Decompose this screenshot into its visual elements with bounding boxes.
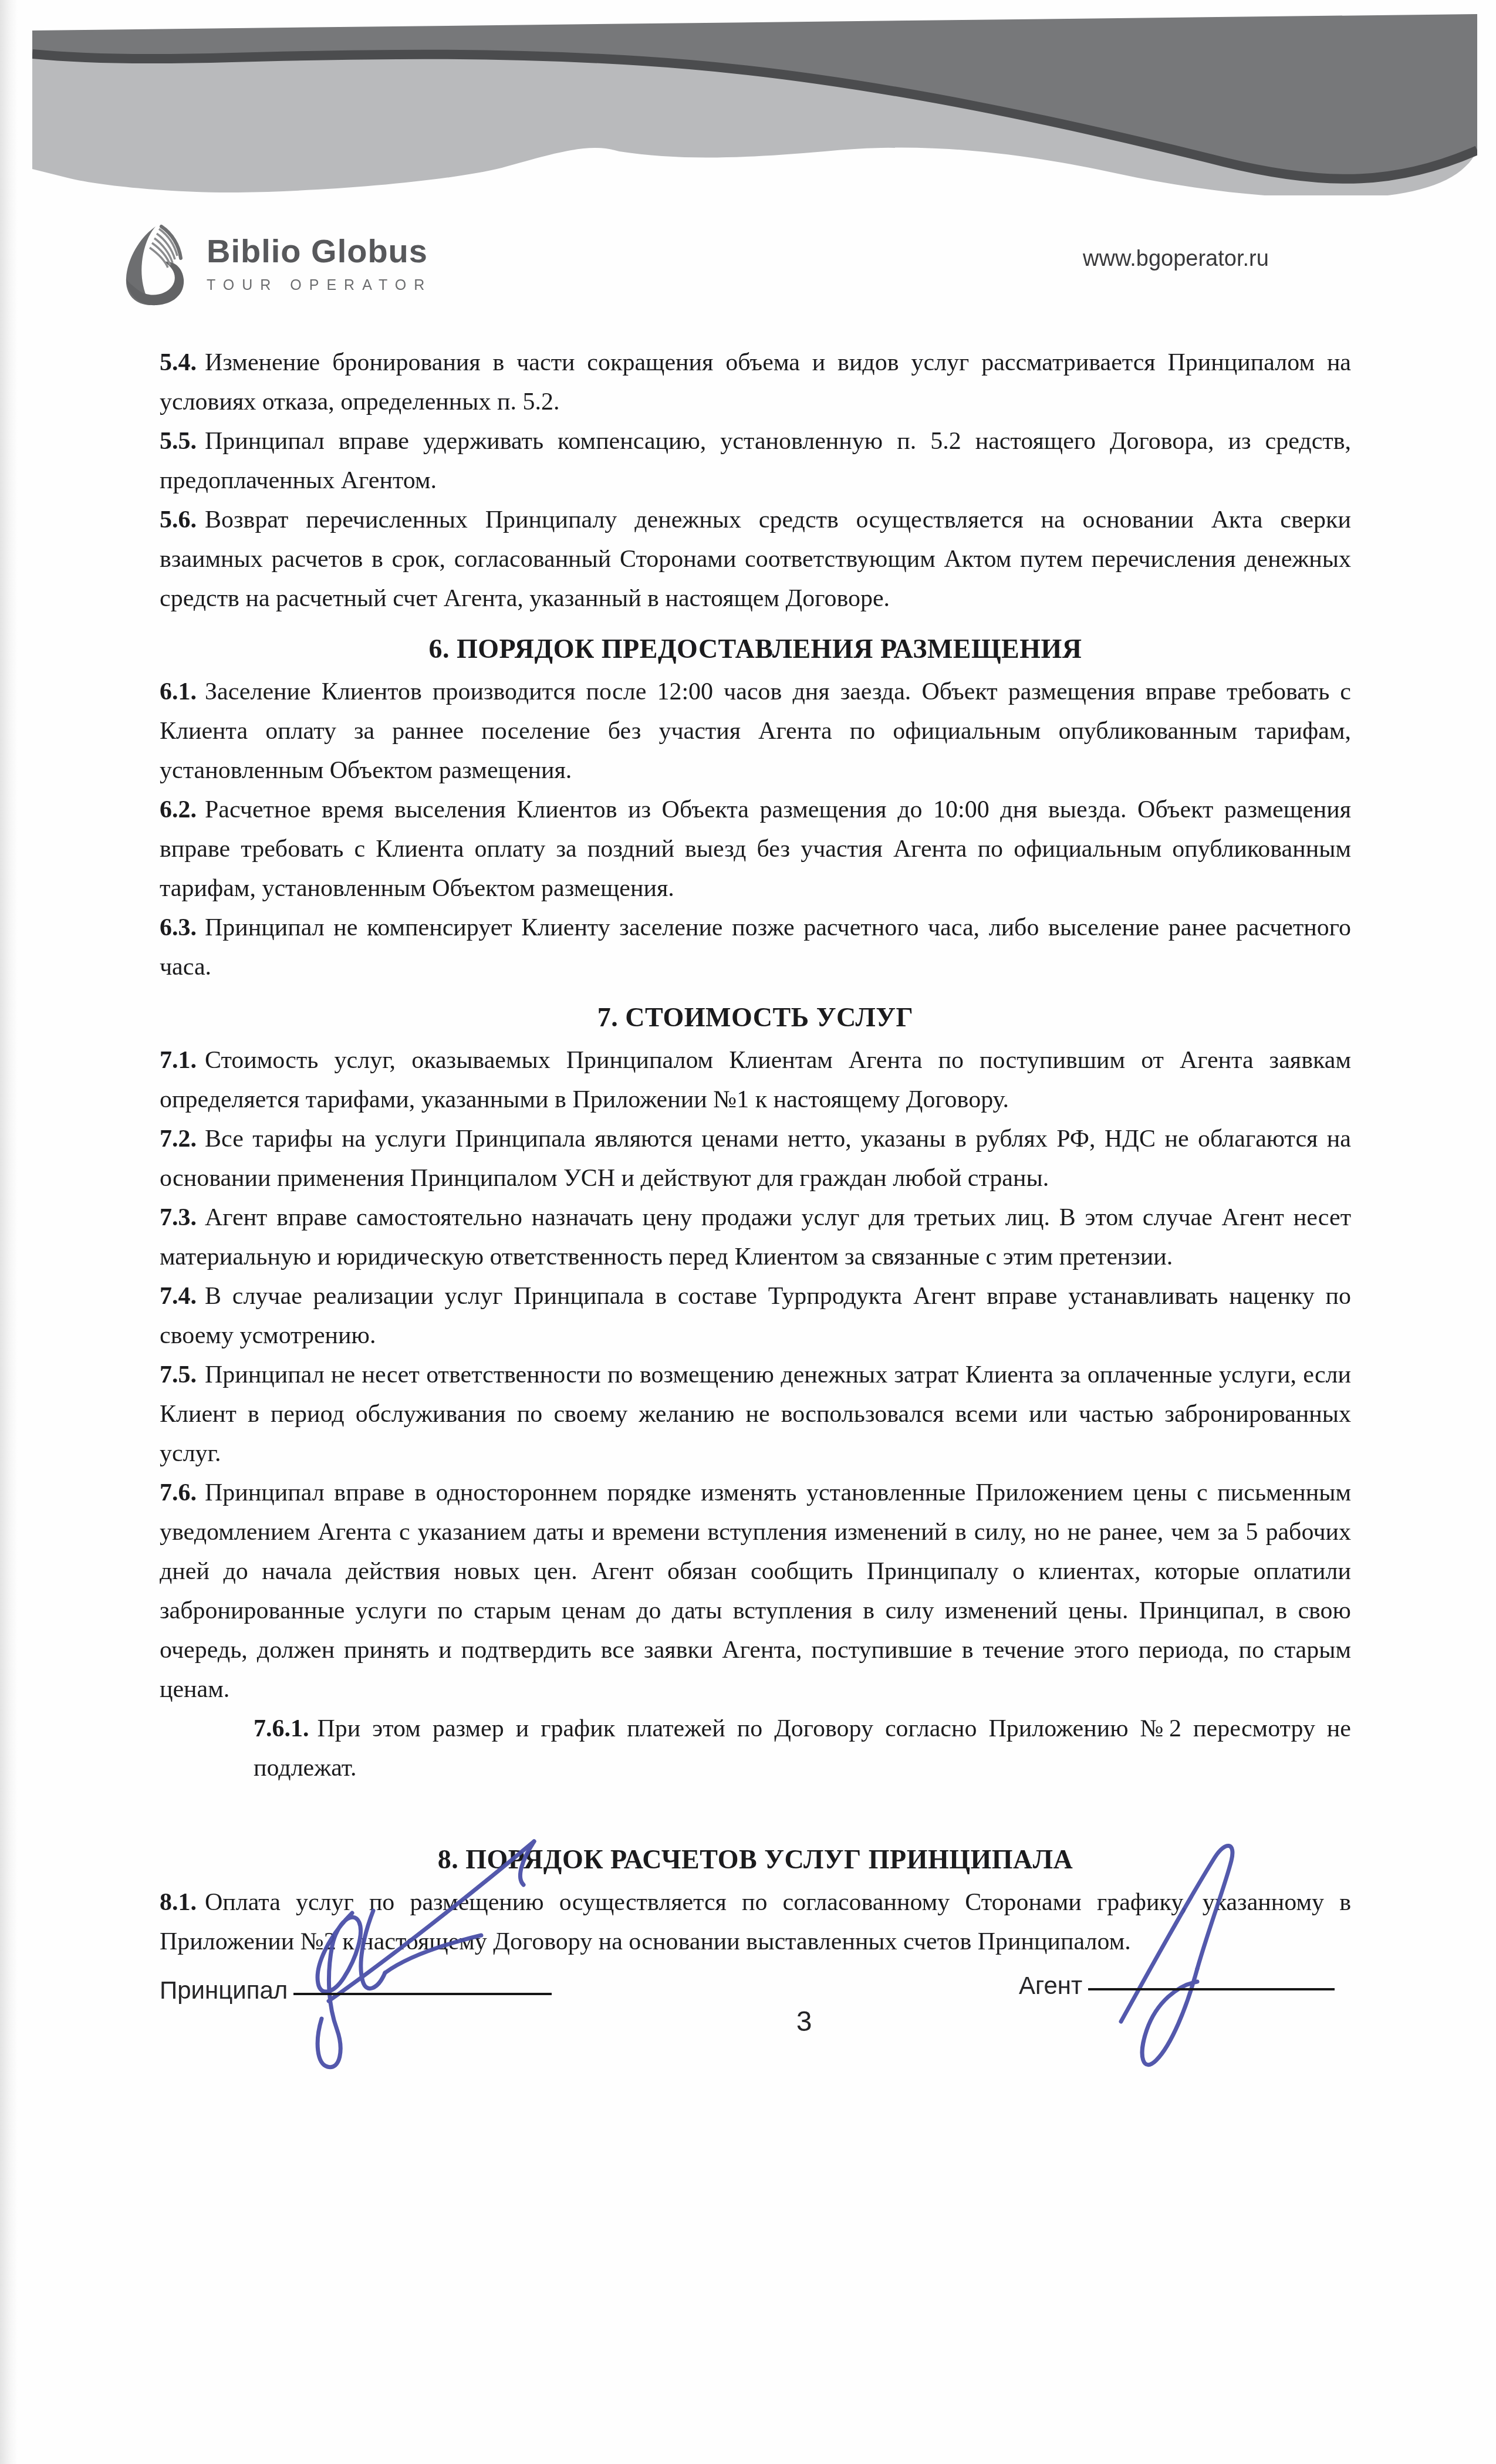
clause-5-6: 5.6.Возврат перечисленных Принципалу ден… — [160, 501, 1351, 618]
clause-5-4: 5.4.Изменение бронирования в части сокра… — [160, 343, 1351, 422]
clause-6-2: 6.2.Расчетное время выселения Клиентов и… — [160, 790, 1351, 908]
clause-number: 7.1. — [160, 1047, 197, 1074]
agent-signature-group: Агент — [1019, 1972, 1335, 2000]
clause-text: Возврат перечисленных Принципалу денежны… — [160, 506, 1351, 612]
section-7-heading: 7. СТОИМОСТЬ УСЛУГ — [160, 1002, 1351, 1033]
clause-7-4: 7.4.В случае реализации услуг Принципала… — [160, 1277, 1351, 1356]
agent-label: Агент — [1019, 1972, 1082, 2000]
logo-text-block: Biblio Globus TOUR OPERATOR — [207, 234, 432, 294]
clause-5-5: 5.5.Принципал вправе удерживать компенса… — [160, 422, 1351, 501]
clause-number: 6.3. — [160, 914, 197, 941]
clause-text: Принципал вправе удерживать компенсацию,… — [160, 428, 1351, 494]
clause-6-3: 6.3.Принципал не компенсирует Клиенту за… — [160, 908, 1351, 987]
clause-number: 5.6. — [160, 506, 197, 533]
clause-7-6: 7.6.Принципал вправе в одностороннем пор… — [160, 1473, 1351, 1709]
clause-text: При этом размер и график платежей по Дог… — [254, 1715, 1351, 1782]
clause-number: 7.6. — [160, 1479, 197, 1506]
clause-number: 7.4. — [160, 1283, 197, 1310]
clause-7-6-1: 7.6.1.При этом размер и график платежей … — [160, 1709, 1351, 1788]
scan-edge-shadow — [0, 0, 18, 2464]
clause-number: 8.1. — [160, 1889, 197, 1916]
clause-number: 5.4. — [160, 349, 197, 376]
clause-text: Изменение бронирования в части сокращени… — [160, 349, 1351, 415]
clause-text: Заселение Клиентов производится после 12… — [160, 678, 1351, 784]
clause-text: Стоимость услуг, оказываемых Принципалом… — [160, 1047, 1351, 1113]
clause-number: 7.5. — [160, 1361, 197, 1388]
principal-label: Принципал — [160, 1976, 288, 2005]
clause-text: Принципал не несет ответственности по во… — [160, 1361, 1351, 1467]
section-6-heading: 6. ПОРЯДОК ПРЕДОСТАВЛЕНИЯ РАЗМЕЩЕНИЯ — [160, 634, 1351, 664]
clause-text: Принципал не компенсирует Клиенту заселе… — [160, 914, 1351, 981]
clause-text: Все тарифы на услуги Принципала являются… — [160, 1125, 1351, 1192]
website-url: www.bgoperator.ru — [1083, 246, 1269, 272]
scanned-contract-page: Biblio Globus TOUR OPERATOR www.bgoperat… — [0, 0, 1496, 2464]
clause-text: Агент вправе самостоятельно назначать це… — [160, 1204, 1351, 1270]
clause-text: Принципал вправе в одностороннем порядке… — [160, 1479, 1351, 1703]
principal-signature-group: Принципал — [160, 1976, 552, 2005]
clause-7-5: 7.5.Принципал не несет ответственности п… — [160, 1356, 1351, 1473]
clause-number: 7.6.1. — [254, 1715, 309, 1742]
signature-row: Принципал Агент — [160, 1976, 1351, 2023]
agent-signature-line — [1088, 1988, 1335, 1990]
principal-signature-line — [293, 1993, 552, 1995]
clause-number: 6.2. — [160, 796, 197, 823]
biblio-globus-logo-icon — [120, 224, 194, 306]
clause-7-2: 7.2.Все тарифы на услуги Принципала явля… — [160, 1120, 1351, 1198]
logo-subtitle: TOUR OPERATOR — [207, 277, 432, 294]
clause-number: 7.3. — [160, 1204, 197, 1231]
clause-text: Расчетное время выселения Клиентов из Об… — [160, 796, 1351, 902]
page-number: 3 — [781, 2006, 828, 2038]
contract-body: 5.4.Изменение бронирования в части сокра… — [160, 343, 1351, 1962]
clause-number: 7.2. — [160, 1125, 197, 1152]
clause-6-1: 6.1.Заселение Клиентов производится посл… — [160, 672, 1351, 790]
header-wave-banner — [32, 11, 1477, 195]
clause-text: В случае реализации услуг Принципала в с… — [160, 1283, 1351, 1349]
clause-number: 6.1. — [160, 678, 197, 705]
clause-7-3: 7.3.Агент вправе самостоятельно назначат… — [160, 1198, 1351, 1277]
clause-7-1: 7.1.Стоимость услуг, оказываемых Принцип… — [160, 1041, 1351, 1120]
agent-signature — [1074, 1828, 1268, 2080]
logo-title: Biblio Globus — [207, 234, 432, 269]
clause-number: 5.5. — [160, 428, 197, 455]
principal-signature — [258, 1807, 587, 2077]
